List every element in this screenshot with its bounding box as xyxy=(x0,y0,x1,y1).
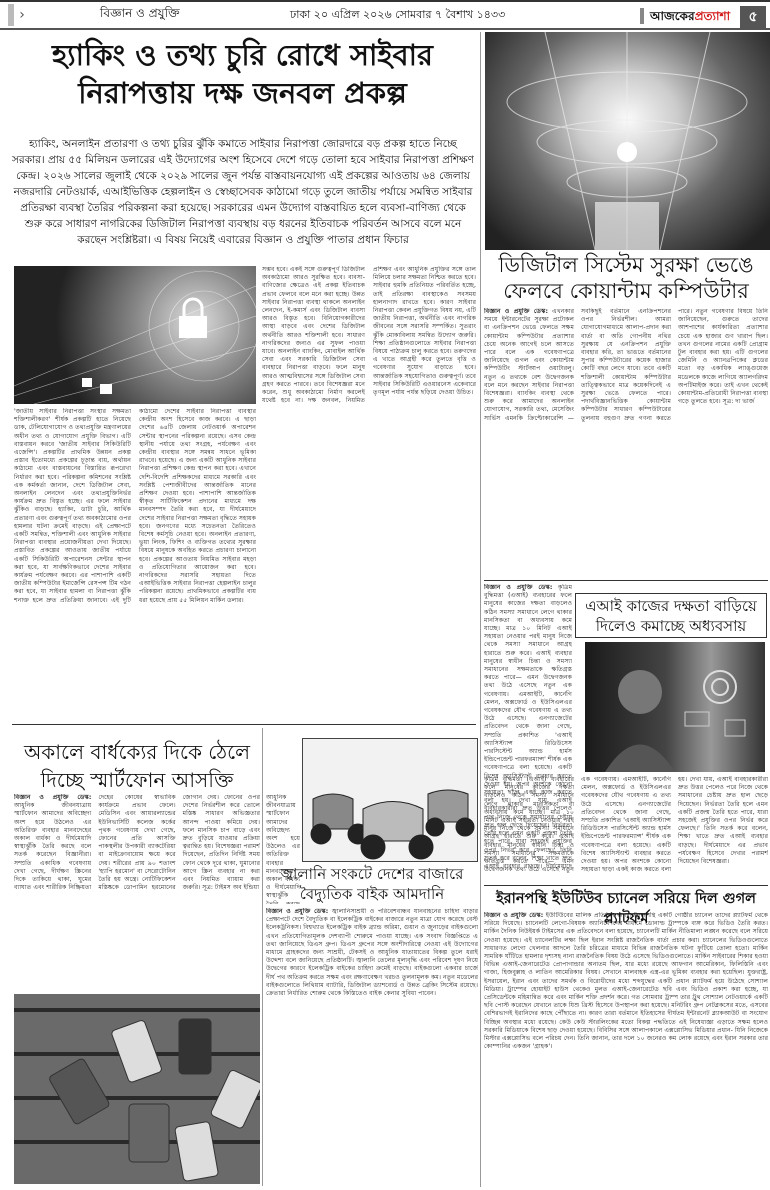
ebike-dateline: বিজ্ঞান ও প্রযুক্তি ডেস্ক: xyxy=(266,908,328,915)
quantum-headline-line2: ফেলবে কোয়ান্টাম কম্পিউটার xyxy=(482,278,770,304)
ebike-body: বিজ্ঞান ও প্রযুক্তি ডেস্ক: জ্বালানিসাশ্র… xyxy=(266,908,478,1184)
quantum-headline-line1: ডিজিটাল সিস্টেম সুরক্ষা ভেঙে xyxy=(482,252,770,278)
quantum-dateline: বিজ্ঞান ও প্রযুক্তি ডেস্ক: xyxy=(484,308,548,315)
electric-scooters-image xyxy=(303,739,477,861)
smartphone-body-text: আধুনিক জীবনযাত্রায় স্মার্টফোন আমাদের অব… xyxy=(14,794,260,891)
smartphones-illustration-icon xyxy=(14,994,260,1184)
padlock-network-icon xyxy=(14,266,256,404)
quantum-illustration-icon xyxy=(485,32,770,250)
smartphone-dateline: বিজ্ঞান ও প্রযুক্তি ডেস্ক: xyxy=(14,794,91,801)
divider xyxy=(12,724,476,725)
main-headline-line1: হ্যাকিং ও তথ্য চুরি রোধে সাইবার xyxy=(10,36,475,74)
iran-dateline: বিজ্ঞান ও প্রযুক্তি ডেস্ক: xyxy=(484,912,543,919)
cyber-lock-image xyxy=(14,266,256,404)
iran-body: বিজ্ঞান ও প্রযুক্তি ডেস্ক: ইউটিউবের মালি… xyxy=(484,912,768,1184)
column-divider xyxy=(262,728,263,1186)
logo-text-2: প্রত্যাশা xyxy=(695,9,731,23)
main-body-right: সম্ভব হবে। একই সঙ্গে গুরুত্বপূর্ণ ডিজিটা… xyxy=(262,266,476,711)
newspaper-logo: আজকেরপ্রত্যাশা xyxy=(650,8,730,28)
quantum-body-text: এখনকার সময়ে ইন্টারনেটের সুরক্ষা প্রটোকল… xyxy=(484,308,768,422)
chevron-right-icon: › xyxy=(8,4,30,26)
quantum-computer-image xyxy=(485,32,770,250)
main-body: 'জাতীয় সাইবার নিরাপত্তা সংস্থার সক্ষমতা… xyxy=(14,408,256,722)
man-laptop-illustration-icon xyxy=(585,642,765,772)
page-number: ৫ xyxy=(740,6,766,28)
dateline: ঢাকা ২০ এপ্রিল ২০২৬ সোমবার ৭ বৈশাখ ১৪৩৩ xyxy=(290,6,505,25)
logo-divider xyxy=(640,8,644,24)
divider xyxy=(484,885,768,886)
main-headline: হ্যাকিং ও তথ্য চুরি রোধে সাইবার নিরাপত্ত… xyxy=(10,36,475,112)
ai-headline-line2: দিলেও কমাচ্ছে অধ্যবসায় xyxy=(576,616,766,636)
smartphone-headline-line2: দিচ্ছে স্মার্টফোন আসক্তি xyxy=(12,766,262,794)
ai-body-continued: কৃত্রিম বুদ্ধিমত্তা (এআই) ব্যবহারের ফলে … xyxy=(484,776,768,876)
ai-dateline: বিজ্ঞান ও প্রযুক্তি ডেস্ক: xyxy=(484,584,552,591)
main-headline-line2: নিরাপত্তায় দক্ষ জনবল প্রকল্প xyxy=(10,74,475,112)
hands-smartphones-image xyxy=(14,994,260,1184)
quantum-headline: ডিজিটাল সিস্টেম সুরক্ষা ভেঙে ফেলবে কোয়া… xyxy=(482,252,770,304)
man-using-ai-image xyxy=(585,642,765,772)
scooters-illustration-icon xyxy=(303,739,477,861)
divider xyxy=(484,580,768,581)
main-lead: হ্যাকিং, অনলাইন প্রতারণা ও তথ্য চুরির ঝু… xyxy=(12,136,474,261)
smartphone-headline: অকালে বার্ধক্যের দিকে ঠেলে দিচ্ছে স্মার্… xyxy=(12,738,262,794)
ai-headline-line1: এআই কাজের দক্ষতা বাড়িয়ে xyxy=(576,596,766,616)
logo-text-1: আজকের xyxy=(650,9,695,23)
ai-headline: এআই কাজের দক্ষতা বাড়িয়ে দিলেও কমাচ্ছে … xyxy=(575,593,767,638)
ebike-box xyxy=(302,738,478,862)
ebike-body-text: জ্বালানিসাশ্রয়ী ও পরিবেশবান্ধব যানবাহনে… xyxy=(266,908,478,997)
smartphone-body: বিজ্ঞান ও প্রযুক্তি ডেস্ক: আধুনিক জীবনযা… xyxy=(14,794,260,984)
smartphone-headline-line1: অকালে বার্ধক্যের দিকে ঠেলে xyxy=(12,738,262,766)
page-header: › বিজ্ঞান ও প্রযুক্তি ঢাকা ২০ এপ্রিল ২০২… xyxy=(0,0,770,30)
iran-body-text: ইউটিউবের মালিক প্রতিষ্ঠান গুগল ইরানপন্থি… xyxy=(484,912,768,1050)
column-divider xyxy=(480,32,481,1187)
smartphone-body-continued: আধুনিক জীবনযাত্রায় স্মার্টফোন আমাদের অব… xyxy=(266,794,300,904)
section-title: বিজ্ঞান ও প্রযুক্তি xyxy=(100,5,180,25)
quantum-body: বিজ্ঞান ও প্রযুক্তি ডেস্ক: এখনকার সময়ে … xyxy=(484,308,768,578)
